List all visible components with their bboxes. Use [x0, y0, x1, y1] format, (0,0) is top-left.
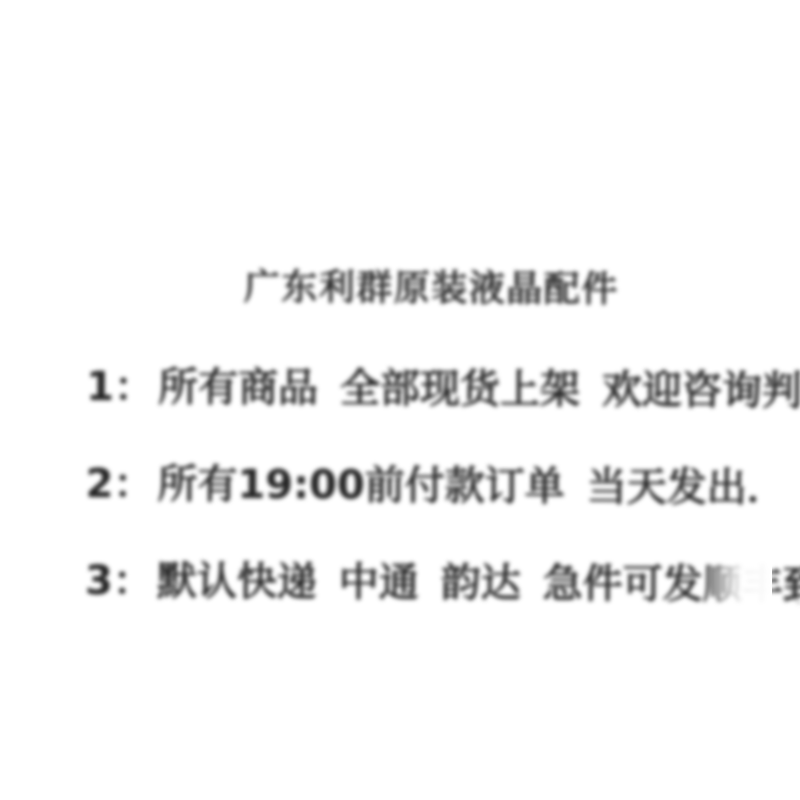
- notice-title: 广东利群原装液晶配件: [244, 259, 619, 312]
- notice-line-2: 2：所有19:00前付款订单 当天发出．: [85, 452, 786, 513]
- clipped-character-fragment: （: [765, 556, 800, 611]
- notice-image: 广东利群原装液晶配件 1：所有商品 全部现货上架 欢迎咨询判断 2：所有19:0…: [0, 0, 800, 800]
- notice-line-3: 3：默认快递 中通 韵达 急件可发顺丰到: [85, 549, 800, 611]
- notice-text-block: 广东利群原装液晶配件 1：所有商品 全部现货上架 欢迎咨询判断 2：所有19:0…: [0, 0, 800, 800]
- line-3-number: 3：: [85, 549, 153, 606]
- line-1-number: 1：: [86, 355, 154, 412]
- line-2-number: 2：: [85, 452, 153, 509]
- line-3-text: 默认快递 中通 韵达 急件可发顺丰到: [157, 558, 800, 608]
- notice-line-1: 1：所有商品 全部现货上架 欢迎咨询判断: [86, 355, 800, 417]
- line-1-text: 所有商品 全部现货上架 欢迎咨询判断: [158, 364, 800, 414]
- line-2-text: 所有19:00前付款订单 当天发出．: [157, 461, 787, 511]
